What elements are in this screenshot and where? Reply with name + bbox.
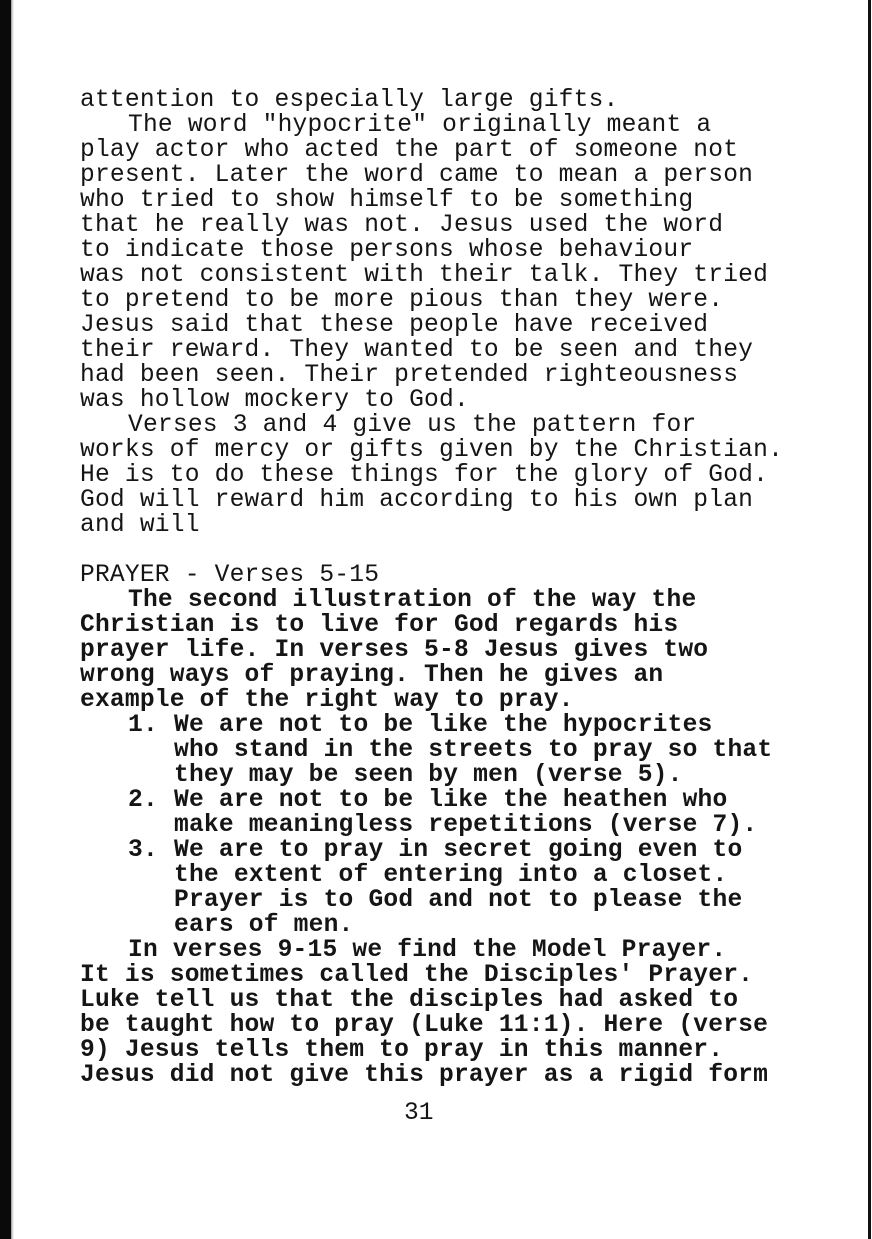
text-line: Verses 3 and 4 give us the pattern for [80, 413, 820, 438]
text-line: Jesus said that these people have receiv… [80, 313, 820, 338]
page-body: attention to especially large gifts. The… [80, 88, 820, 1088]
text-line: Luke tell us that the disciples had aske… [80, 988, 820, 1013]
text-line: that he really was not. Jesus used the w… [80, 213, 820, 238]
text-line: We are to pray in secret going even to [174, 837, 742, 864]
text-line: 9) Jesus tells them to pray in this mann… [80, 1038, 820, 1063]
text-line: attention to especially large gifts. [80, 88, 820, 113]
paragraph-verses-3-4: Verses 3 and 4 give us the pattern for w… [80, 413, 820, 538]
text-line: Prayer is to God and not to please the [80, 888, 820, 913]
text-line: We are not to be like the heathen who [174, 787, 727, 814]
list-item-1: 1.We are not to be like the hypocrites w… [80, 713, 820, 788]
paragraph-prayer-intro: The second illustration of the way the C… [80, 588, 820, 713]
text-line: who tried to show himself to be somethin… [80, 188, 820, 213]
list-item-3: 3.We are to pray in secret going even to… [80, 838, 820, 938]
text-line: had been seen. Their pretended righteous… [80, 363, 820, 388]
text-line: play actor who acted the part of someone… [80, 138, 820, 163]
text-line: was not consistent with their talk. They… [80, 263, 820, 288]
blank-line [80, 538, 820, 563]
scan-left-border [0, 0, 11, 1239]
text-line: In verses 9-15 we find the Model Prayer. [80, 938, 820, 963]
text-line: and will [80, 513, 820, 538]
text-line: be taught how to pray (Luke 11:1). Here … [80, 1013, 820, 1038]
text-line: to pretend to be more pious than they we… [80, 288, 820, 313]
text-line: the extent of entering into a closet. [80, 863, 820, 888]
paragraph-continued: attention to especially large gifts. [80, 88, 820, 113]
list-number: 1. [80, 713, 174, 738]
list-number: 3. [80, 838, 174, 863]
section-heading: PRAYER - Verses 5-15 [80, 563, 820, 588]
text-line: He is to do these things for the glory o… [80, 463, 820, 488]
text-line: they may be seen by men (verse 5). [80, 763, 820, 788]
text-line: to indicate those persons whose behaviou… [80, 238, 820, 263]
text-line: works of mercy or gifts given by the Chr… [80, 438, 820, 463]
text-line: Christian is to live for God regards his [80, 613, 820, 638]
text-line: The word "hypocrite" originally meant a [80, 113, 820, 138]
scan-left-border-shadow [11, 0, 14, 1239]
text-line: present. Later the word came to mean a p… [80, 163, 820, 188]
list-number: 2. [80, 788, 174, 813]
text-line: God will reward him according to his own… [80, 488, 820, 513]
text-line: who stand in the streets to pray so that [80, 738, 820, 763]
text-line: ears of men. [80, 913, 820, 938]
numbered-list: 1.We are not to be like the hypocrites w… [80, 713, 820, 938]
text-line: We are not to be like the hypocrites [174, 712, 713, 739]
page-number: 31 [404, 1100, 434, 1127]
text-line: prayer life. In verses 5-8 Jesus gives t… [80, 638, 820, 663]
text-line: The second illustration of the way the [80, 588, 820, 613]
paragraph-hypocrite: The word "hypocrite" originally meant a … [80, 113, 820, 413]
text-line: It is sometimes called the Disciples' Pr… [80, 963, 820, 988]
text-line: Jesus did not give this prayer as a rigi… [80, 1063, 820, 1088]
scan-right-border [868, 0, 871, 1239]
text-line: make meaningless repetitions (verse 7). [80, 813, 820, 838]
list-item-2: 2.We are not to be like the heathen who … [80, 788, 820, 838]
text-line: example of the right way to pray. [80, 688, 820, 713]
text-line: was hollow mockery to God. [80, 388, 820, 413]
paragraph-model-prayer: In verses 9-15 we find the Model Prayer.… [80, 938, 820, 1088]
text-line: wrong ways of praying. Then he gives an [80, 663, 820, 688]
text-line: their reward. They wanted to be seen and… [80, 338, 820, 363]
